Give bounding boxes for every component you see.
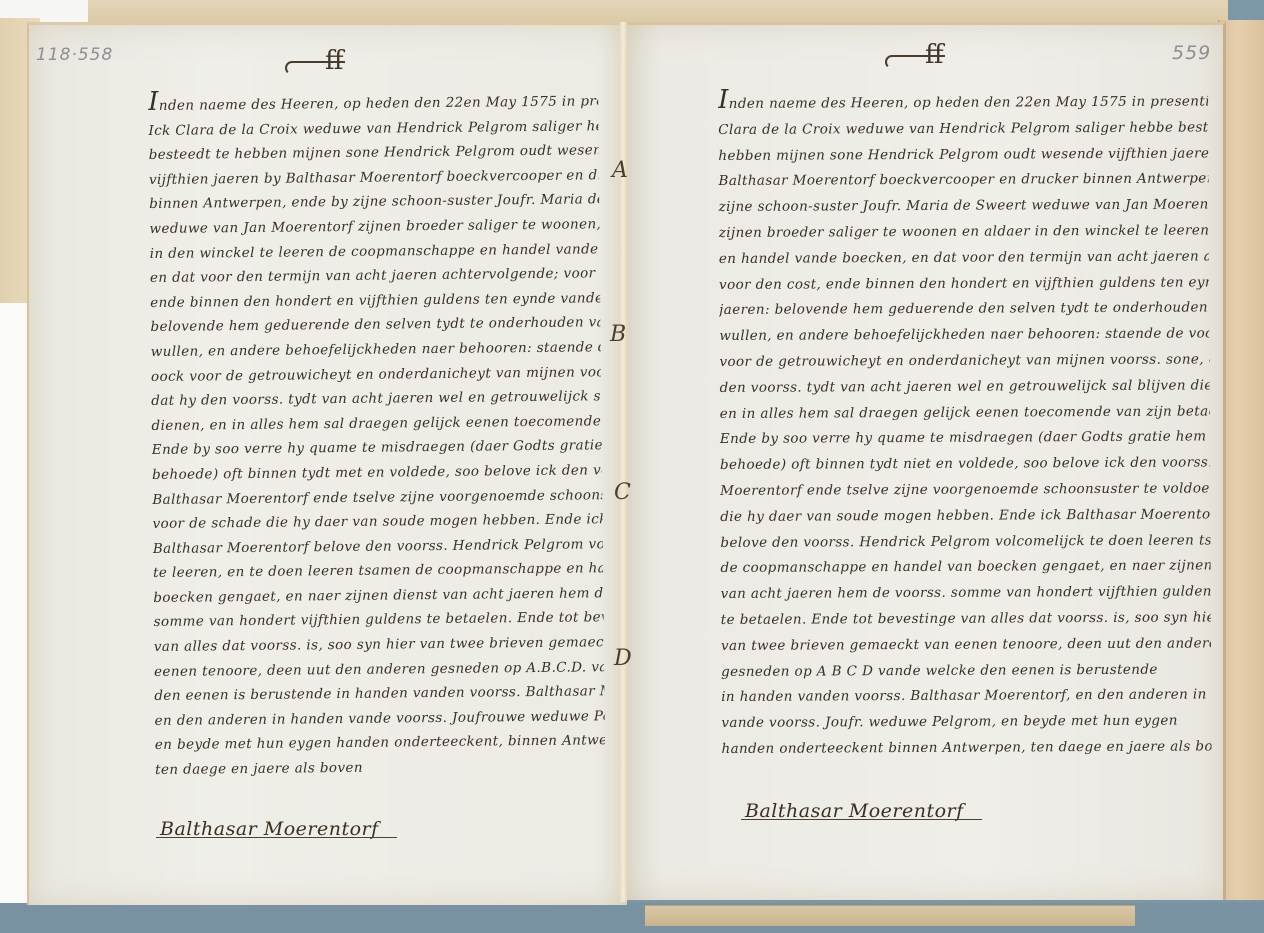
manuscript-line: en in alles hem sal draegen gelijck eene… xyxy=(720,399,1210,427)
manuscript-line: gesneden op A B C D vande welcke den een… xyxy=(721,657,1211,685)
manuscript-line: van twee brieven gemaeckt van eenen teno… xyxy=(721,631,1211,659)
manuscript-line: behoede) oft binnen tydt niet en voldede… xyxy=(720,451,1210,479)
manuscript-line: jaeren: belovende hem geduerende den sel… xyxy=(719,296,1209,324)
manuscript-line: voor den cost, ende binnen den hondert e… xyxy=(719,270,1209,298)
margin-indenture-letter-d: D xyxy=(614,646,632,671)
right-signature: Balthasar Moerentorf xyxy=(745,800,964,822)
manuscript-line: te betaelen. Ende tot bevestinge van all… xyxy=(721,605,1211,633)
page-stack-bottom-edge xyxy=(645,905,1135,926)
left-page-handwritten-text: Inden naeme des Heeren, op heden den 22e… xyxy=(148,85,605,782)
manuscript-line: zijnen broeder saliger te woonen en alda… xyxy=(719,218,1209,246)
manuscript-line: ten daege en jaere als boven xyxy=(155,753,605,782)
book-gutter xyxy=(620,22,627,902)
manuscript-line: vande voorss. Joufr. weduwe Pelgrom, en … xyxy=(721,709,1211,737)
manuscript-line: Inden naeme des Heeren, op heden den 22e… xyxy=(148,85,598,118)
right-header-flourish-mark: ff xyxy=(925,40,943,70)
manuscript-line: die hy daer van soude mogen hebben. Ende… xyxy=(720,502,1210,530)
manuscript-line: hebben mijnen sone Hendrick Pelgrom oudt… xyxy=(718,141,1208,169)
manuscript-line: de coopmanschappe en handel van boecken … xyxy=(720,554,1210,582)
manuscript-line: van acht jaeren hem de voorss. somme van… xyxy=(721,580,1211,608)
manuscript-line: wullen, en andere behoefelijckheden naer… xyxy=(719,322,1209,350)
manuscript-line: Balthasar Moerentorf boeckvercooper en d… xyxy=(718,167,1208,195)
manuscript-line: Ende by soo verre hy quame te misdraegen… xyxy=(720,425,1210,453)
right-page-handwritten-text: Inden naeme des Heeren, op heden den 22e… xyxy=(718,85,1212,762)
manuscript-line: zijne schoon-suster Joufr. Maria de Swee… xyxy=(719,193,1209,221)
manuscript-line: Inden naeme des Heeren, op heden den 22e… xyxy=(718,85,1208,117)
left-signature: Balthasar Moerentorf xyxy=(160,818,379,840)
left-header-flourish-mark: ff xyxy=(325,46,343,76)
manuscript-line: en handel vande boecken, en dat voor den… xyxy=(719,244,1209,272)
manuscript-line: Moerentorf ende tselve zijne voorgenoemd… xyxy=(720,476,1210,504)
scanner-bed-left-strip xyxy=(0,303,30,903)
right-folio-number: 559 xyxy=(1172,42,1211,64)
margin-indenture-letter-c: C xyxy=(614,480,631,505)
margin-indenture-letter-b: B xyxy=(610,322,626,347)
manuscript-line: en beyde met hun eygen handen onderteeck… xyxy=(155,729,605,758)
manuscript-line: in handen vanden voorss. Balthasar Moere… xyxy=(721,683,1211,711)
manuscript-line: Clara de la Croix weduwe van Hendrick Pe… xyxy=(718,115,1208,143)
manuscript-line: den voorss. tydt van acht jaeren wel en … xyxy=(720,373,1210,401)
margin-indenture-letter-a: A xyxy=(612,158,628,183)
left-folio-number: 118·558 xyxy=(36,45,113,65)
manuscript-line: handen onderteeckent binnen Antwerpen, t… xyxy=(721,734,1211,762)
manuscript-line: voor de getrouwicheyt en onderdanicheyt … xyxy=(719,347,1209,375)
manuscript-line: belove den voorss. Hendrick Pelgrom volc… xyxy=(720,528,1210,556)
